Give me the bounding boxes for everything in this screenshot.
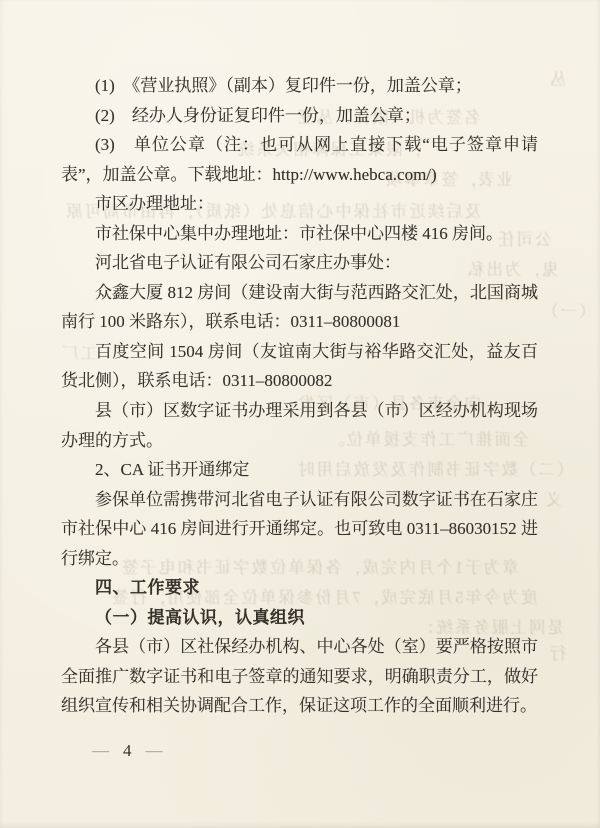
bleedthrough-text: 行 (548, 640, 567, 664)
paragraph: 参保单位需携带河北省电子认证有限公司数字证书在石家庄市社保中心 416 房间进行… (61, 485, 538, 574)
paragraph: 2、CA 证书开通绑定 (61, 455, 538, 485)
paragraph: （一）提高认识，认真组织 (61, 603, 538, 633)
paragraph: (3) 单位公章（注：也可从网上直接下载“电子签章申请表”，加盖公章。下载地址：… (61, 130, 538, 189)
footer-dash-left: — (92, 743, 109, 760)
scanned-document-screenshot: { "page": { "background_color": "#f5f1e3… (0, 0, 600, 828)
document-page: 丛名签为机（限保）丛亚，限果工保障相关系统业表，签章事项及后续近市社保中心信息处… (0, 0, 600, 828)
paragraph: 各县（市）区社保经办机构、中心各处（室）要严格按照市全面推广数字证书和电子签章的… (61, 632, 538, 721)
paragraph: 河北省电子认证有限公司石家庄办事处： (61, 248, 538, 278)
paragraph: 市区办理地址： (61, 189, 538, 219)
paragraph: (2) 经办人身份证复印件一份，加盖公章； (61, 101, 538, 131)
bleedthrough-text: （一） (540, 298, 596, 322)
document-body: (1) 《营业执照》（副本）复印件一份，加盖公章；(2) 经办人身份证复印件一份… (61, 71, 538, 721)
paragraph: 众鑫大厦 812 房间（建设南大街与范西路交汇处，北国商城南行 100 米路东）… (61, 278, 538, 337)
bleedthrough-text: 丛 (548, 66, 567, 90)
paragraph: 市社保中心集中办理地址：市社保中心四楼 416 房间。 (61, 219, 538, 249)
footer-page-number: 4 (123, 741, 132, 761)
paragraph: (1) 《营业执照》（副本）复印件一份，加盖公章； (61, 71, 538, 101)
page-footer: — 4 — (92, 741, 163, 761)
paragraph: 四、工作要求 (61, 573, 538, 603)
paragraph: 百度空间 1504 房间（友谊南大街与裕华路交汇处，益友百货北侧），联系电话：0… (61, 337, 538, 396)
footer-dash-right: — (146, 743, 163, 760)
paragraph: 县（市）区数字证书办理采用到各县（市）区经办机构现场办理的方式。 (61, 396, 538, 455)
bleedthrough-text: 义 (544, 486, 563, 510)
